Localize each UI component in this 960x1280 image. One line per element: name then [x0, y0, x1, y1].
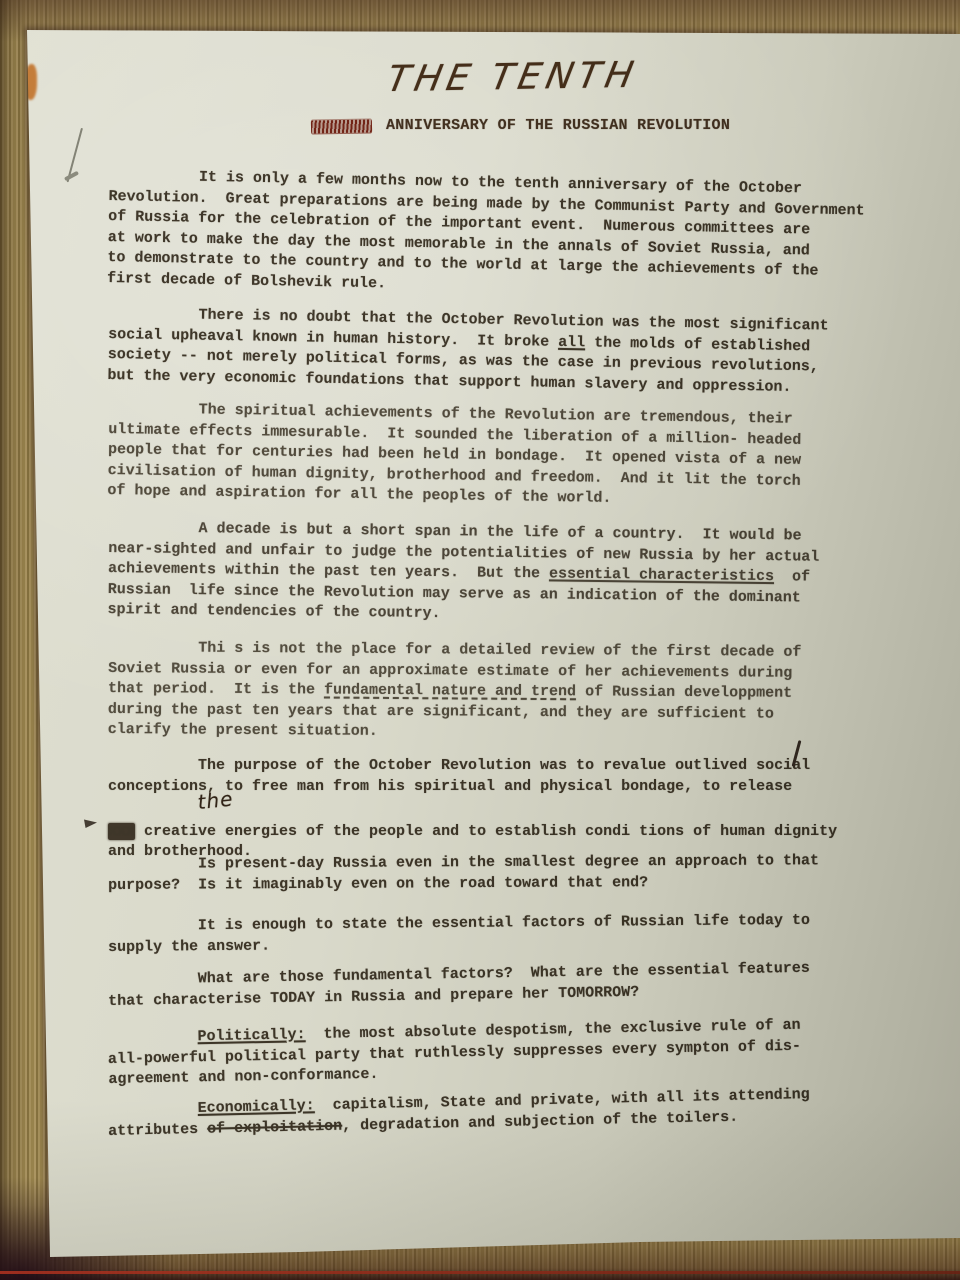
paragraph-10: Politically: the most absolute despotism… — [107, 1013, 923, 1090]
document-title: THE TENTH — [383, 54, 641, 102]
subtitle-row: ANNIVERSARY OF THE RUSSIAN REVOLUTION — [311, 117, 730, 135]
handwritten-arrow-mark — [84, 818, 97, 828]
paragraph-1: It is only a few months now to the tenth… — [107, 166, 924, 305]
paragraph-5: Thi s is not the place for a detailed re… — [108, 638, 924, 746]
document-subtitle: ANNIVERSARY OF THE RUSSIAN REVOLUTION — [386, 117, 730, 135]
paragraph-6: The purpose of the October Revolution wa… — [108, 756, 923, 863]
paragraph-3: The spiritual achievements of the Revolu… — [107, 399, 924, 514]
paragraph-9: What are those fundamental factors? What… — [108, 957, 924, 1012]
document-page-wrap: THE TENTH ANNIVERSARY OF THE RUSSIAN REV… — [0, 0, 960, 1280]
paragraph-11: Economically: capitalism, State and priv… — [108, 1083, 924, 1142]
photo-frame: THE TENTH ANNIVERSARY OF THE RUSSIAN REV… — [0, 0, 960, 1280]
struck-out-word-mark — [311, 119, 372, 133]
paragraph-7: Is present-day Russia even in the smalle… — [108, 851, 923, 896]
document-page: THE TENTH ANNIVERSARY OF THE RUSSIAN REV… — [0, 0, 960, 1280]
paragraph-8: It is enough to state the essential fact… — [108, 910, 923, 958]
paragraph-2: There is no doubt that the October Revol… — [107, 304, 923, 400]
paragraph-4: A decade is but a short span in the life… — [107, 518, 923, 630]
rust-stain — [24, 64, 37, 100]
pencil-mark — [62, 128, 90, 192]
